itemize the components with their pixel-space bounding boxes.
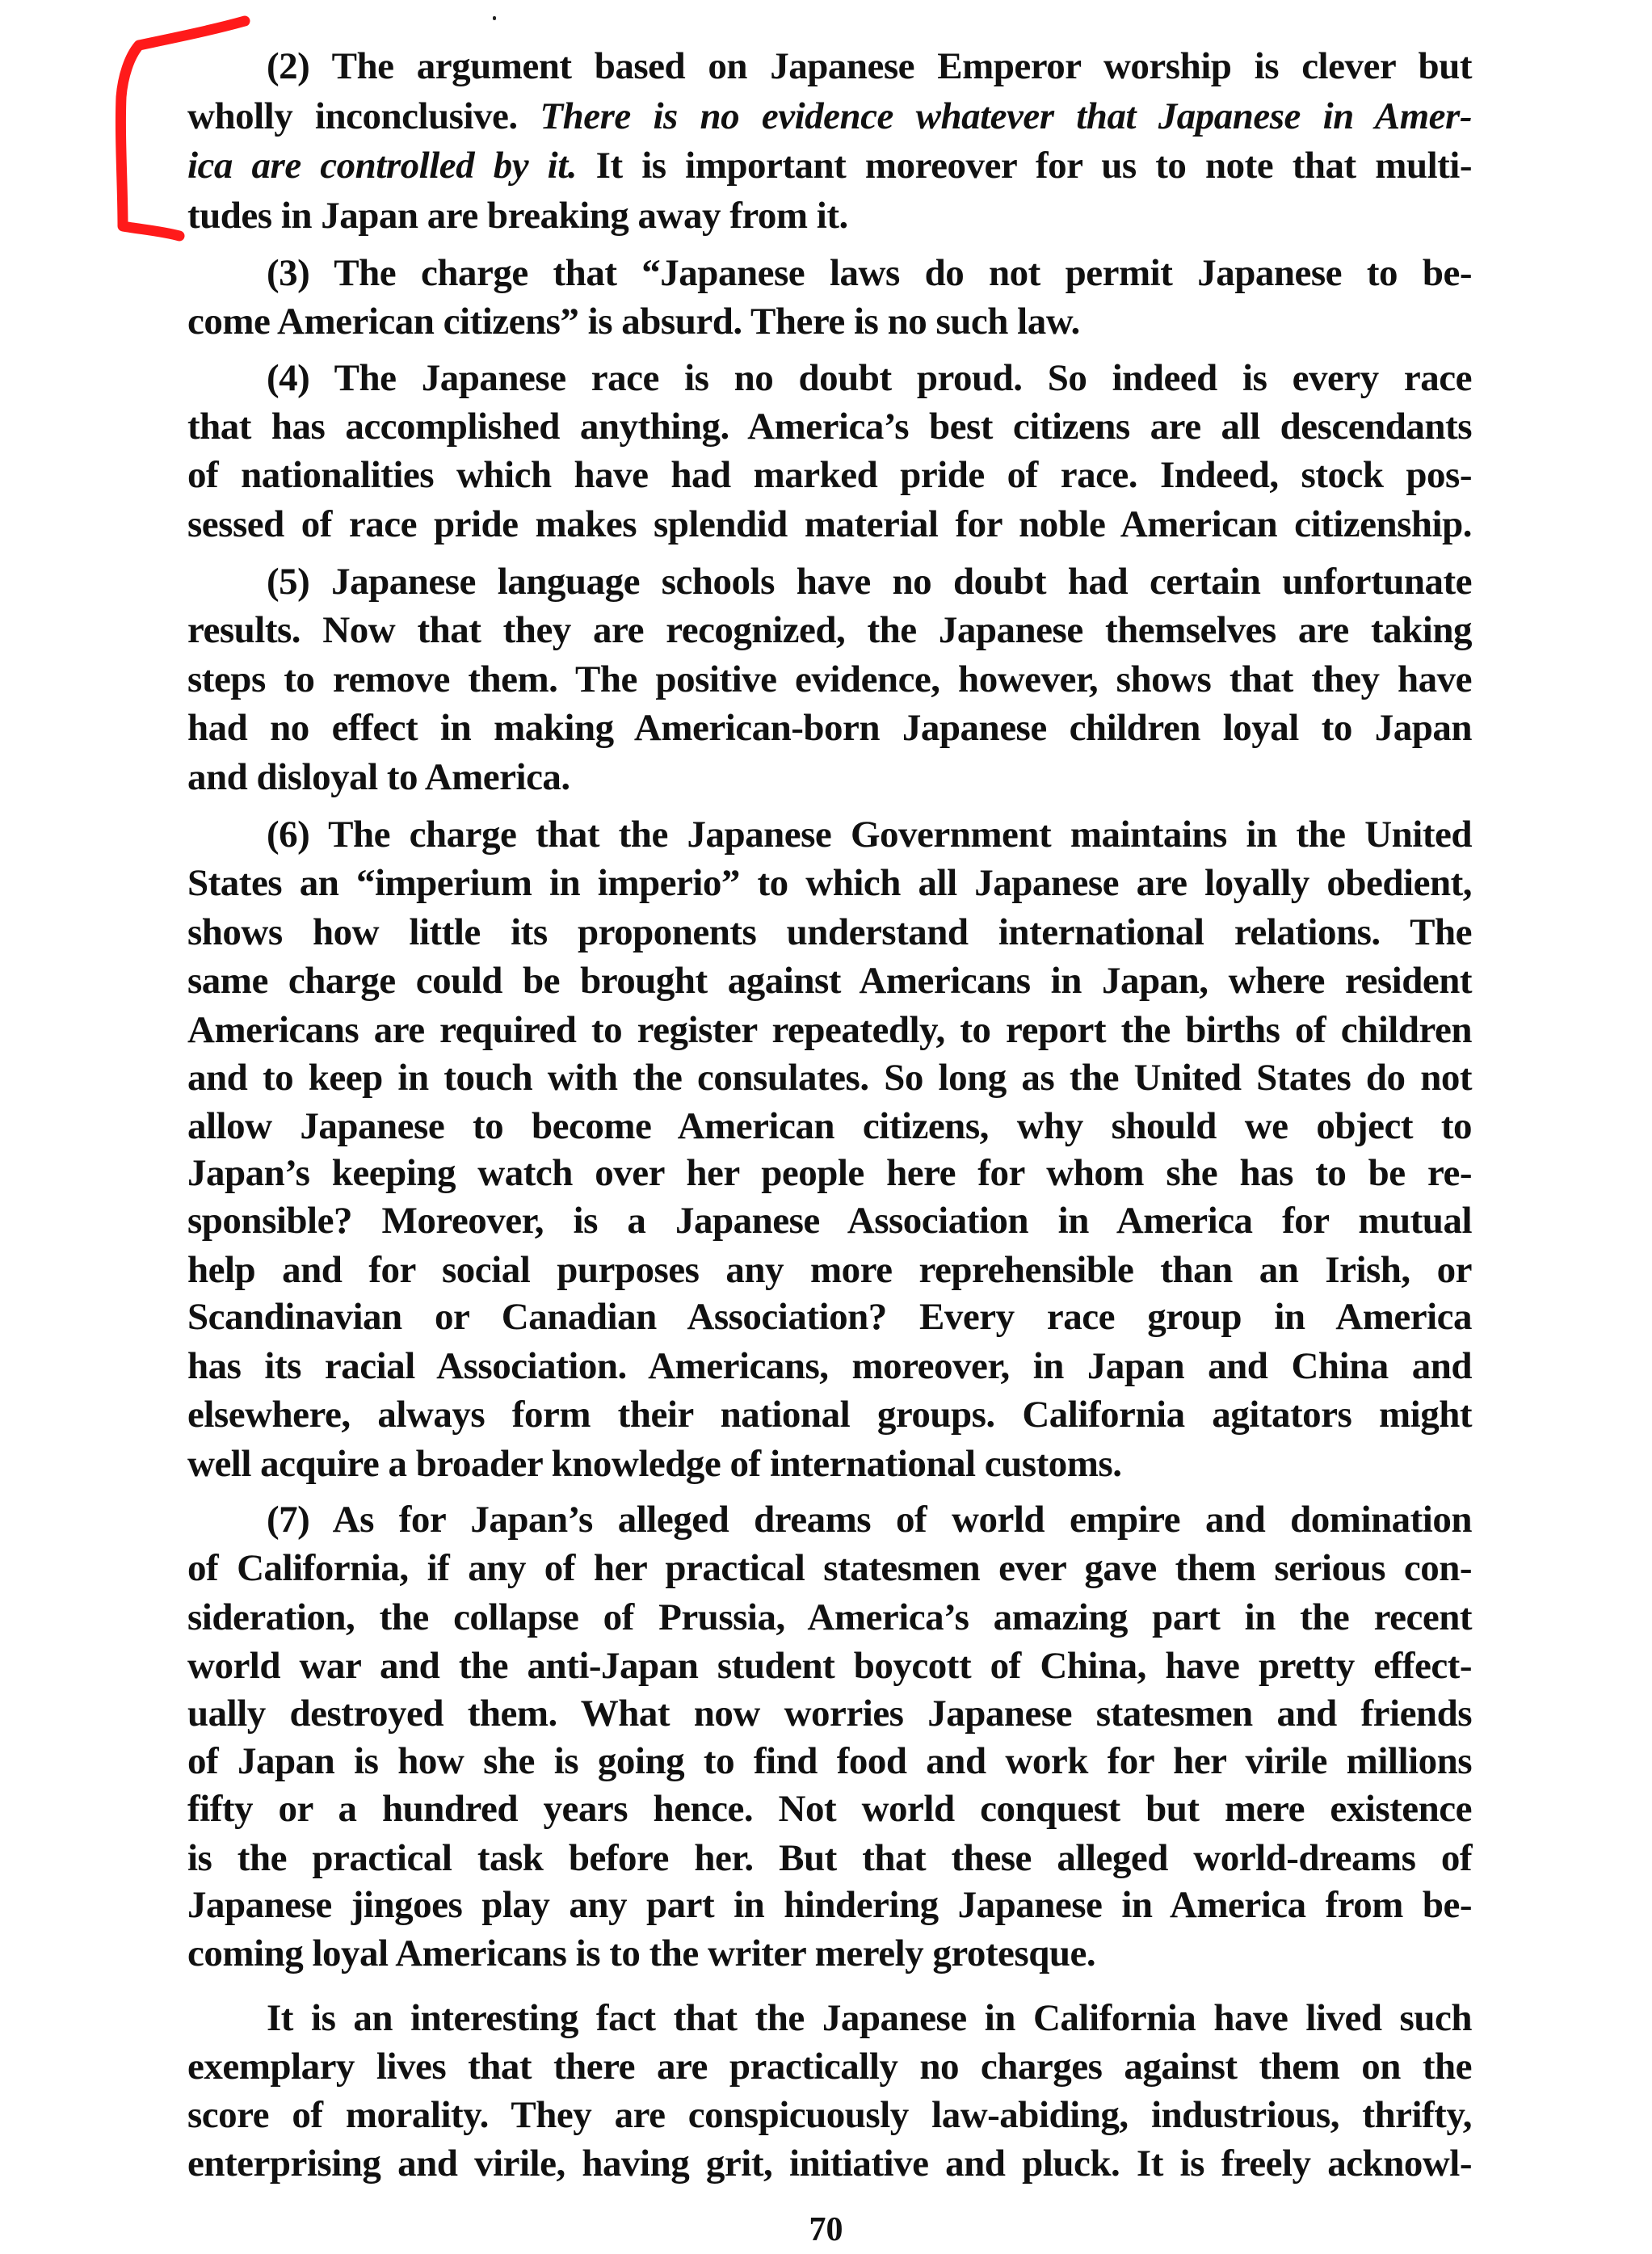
p8-line-2: exemplary lives that there are practical… <box>187 2042 1472 2091</box>
p6-line-12: has its racial Association. Americans, m… <box>187 1342 1472 1390</box>
p2-line-3: ica are controlled by it. It is importan… <box>187 141 1472 190</box>
p3-line-1: (3) The charge that “Japanese laws do no… <box>267 249 1472 297</box>
p6-line-10: help and for social purposes any more re… <box>187 1246 1472 1294</box>
p6-line-1: (6) The charge that the Japanese Governm… <box>267 810 1472 859</box>
p8-line-4: enterprising and virile, having grit, in… <box>187 2139 1472 2188</box>
p6-line-3: shows how little its proponents understa… <box>187 908 1472 957</box>
p7-line-10: coming loyal Americans is to the writer … <box>187 1929 1472 1978</box>
p8-line-1: It is an interesting fact that the Japan… <box>267 1994 1472 2042</box>
p6-line-14: well acquire a broader knowledge of inte… <box>187 1440 1472 1488</box>
page-number: 70 <box>0 2206 1652 2254</box>
p4-line-3: of nationalities which have had marked p… <box>187 451 1472 499</box>
p7-line-4: world war and the anti-Japan student boy… <box>187 1642 1472 1690</box>
p2-line-3-roman: It is important moreover for us to note … <box>577 145 1472 187</box>
scanned-book-page: (2) The argument based on Japanese Emper… <box>0 0 1652 2254</box>
p7-line-6: of Japan is how she is going to find foo… <box>187 1737 1472 1785</box>
p2-line-2-italic: There is no evidence whatever that Japan… <box>540 95 1472 137</box>
p2-line-2-roman: wholly inconclusive. <box>187 95 540 137</box>
p5-line-2: results. Now that they are recognized, t… <box>187 606 1472 654</box>
p2-line-1: (2) The argument based on Japanese Emper… <box>267 42 1472 90</box>
p6-line-13: elsewhere, always form their national gr… <box>187 1390 1472 1439</box>
p7-line-2: of California, if any of her practical s… <box>187 1544 1472 1592</box>
p5-line-4: had no effect in making American-born Ja… <box>187 704 1472 752</box>
p4-line-4: sessed of race pride makes splendid mate… <box>187 500 1472 549</box>
p7-line-8: is the practical task before her. But th… <box>187 1834 1472 1882</box>
p2-line-4: tudes in Japan are breaking away from it… <box>187 191 1472 240</box>
p8-line-3: score of morality. They are conspicuousl… <box>187 2091 1472 2139</box>
p6-line-5: Americans are required to register repea… <box>187 1006 1472 1054</box>
p6-line-6: and to keep in touch with the consulates… <box>187 1053 1472 1102</box>
p5-line-3: steps to remove them. The positive evide… <box>187 655 1472 704</box>
scan-speck <box>493 16 496 20</box>
p6-line-7: allow Japanese to become American citize… <box>187 1102 1472 1150</box>
p7-line-3: sideration, the collapse of Prussia, Ame… <box>187 1593 1472 1642</box>
p7-line-5: ually destroyed them. What now worries J… <box>187 1689 1472 1738</box>
p6-line-8: Japan’s keeping watch over her people he… <box>187 1149 1472 1197</box>
p4-line-1: (4) The Japanese race is no doubt proud.… <box>267 354 1472 402</box>
p6-line-9: sponsible? Moreover, is a Japanese Assoc… <box>187 1196 1472 1245</box>
p7-line-9: Japanese jingoes play any part in hinder… <box>187 1881 1472 1929</box>
p3-line-2: come American citizens” is absurd. There… <box>187 297 1472 346</box>
p2-line-3-italic: ica are controlled by it. <box>187 145 577 187</box>
p6-line-2: States an “imperium in imperio” to which… <box>187 859 1472 907</box>
p4-line-2: that has accomplished anything. America’… <box>187 402 1472 451</box>
p6-line-11: Scandinavian or Canadian Association? Ev… <box>187 1293 1472 1341</box>
p7-line-7: fifty or a hundred years hence. Not worl… <box>187 1785 1472 1833</box>
p5-line-5: and disloyal to America. <box>187 753 1472 801</box>
p2-line-2: wholly inconclusive. There is no evidenc… <box>187 92 1472 141</box>
p5-line-1: (5) Japanese language schools have no do… <box>267 557 1472 606</box>
p7-line-1: (7) As for Japan’s alleged dreams of wor… <box>267 1495 1472 1544</box>
p6-line-4: same charge could be brought against Ame… <box>187 957 1472 1005</box>
